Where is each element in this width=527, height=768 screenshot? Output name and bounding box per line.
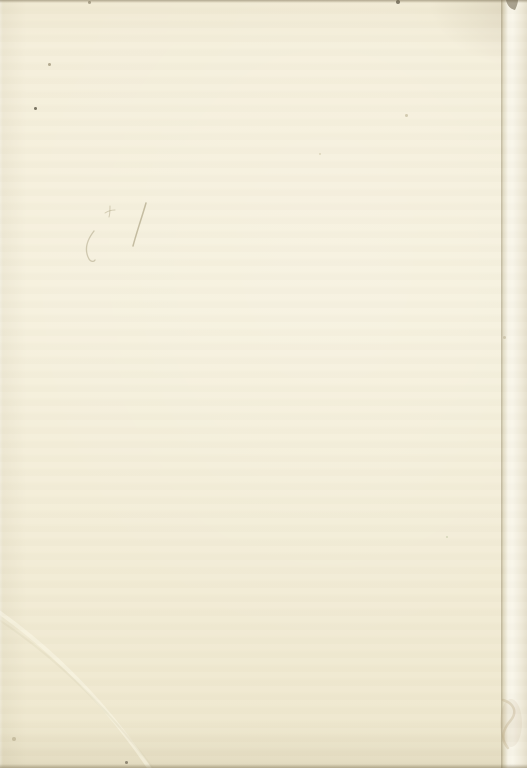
pencil-stroke-mark: [133, 203, 146, 246]
paper-speck: [396, 0, 400, 4]
page-right-edge: [501, 0, 527, 768]
paper-speck: [12, 737, 16, 741]
paper-speck: [319, 153, 321, 155]
pencil-tick-mark-horizontal: [105, 210, 115, 213]
scan-texture-overlay: [0, 0, 527, 768]
paper-flaws-layer: [0, 0, 527, 768]
pencil-hook-mark: [87, 231, 95, 261]
paper-speck: [446, 536, 448, 538]
fold-crease-shadow: [0, 618, 156, 768]
paper-speck: [88, 1, 91, 4]
fold-crease-highlight: [0, 610, 152, 768]
pencil-tick-mark-vertical: [109, 206, 110, 217]
paper-speck: [48, 63, 51, 66]
paper-speck: [125, 761, 128, 764]
specks-layer: [0, 0, 527, 768]
top-edge-shadow: [0, 0, 527, 3]
left-edge-highlight: [0, 0, 3, 768]
paper-speck: [405, 114, 408, 117]
bottom-edge-shadow: [0, 764, 527, 768]
paper-speck: [34, 107, 37, 110]
scanned-blank-page: [0, 0, 527, 768]
